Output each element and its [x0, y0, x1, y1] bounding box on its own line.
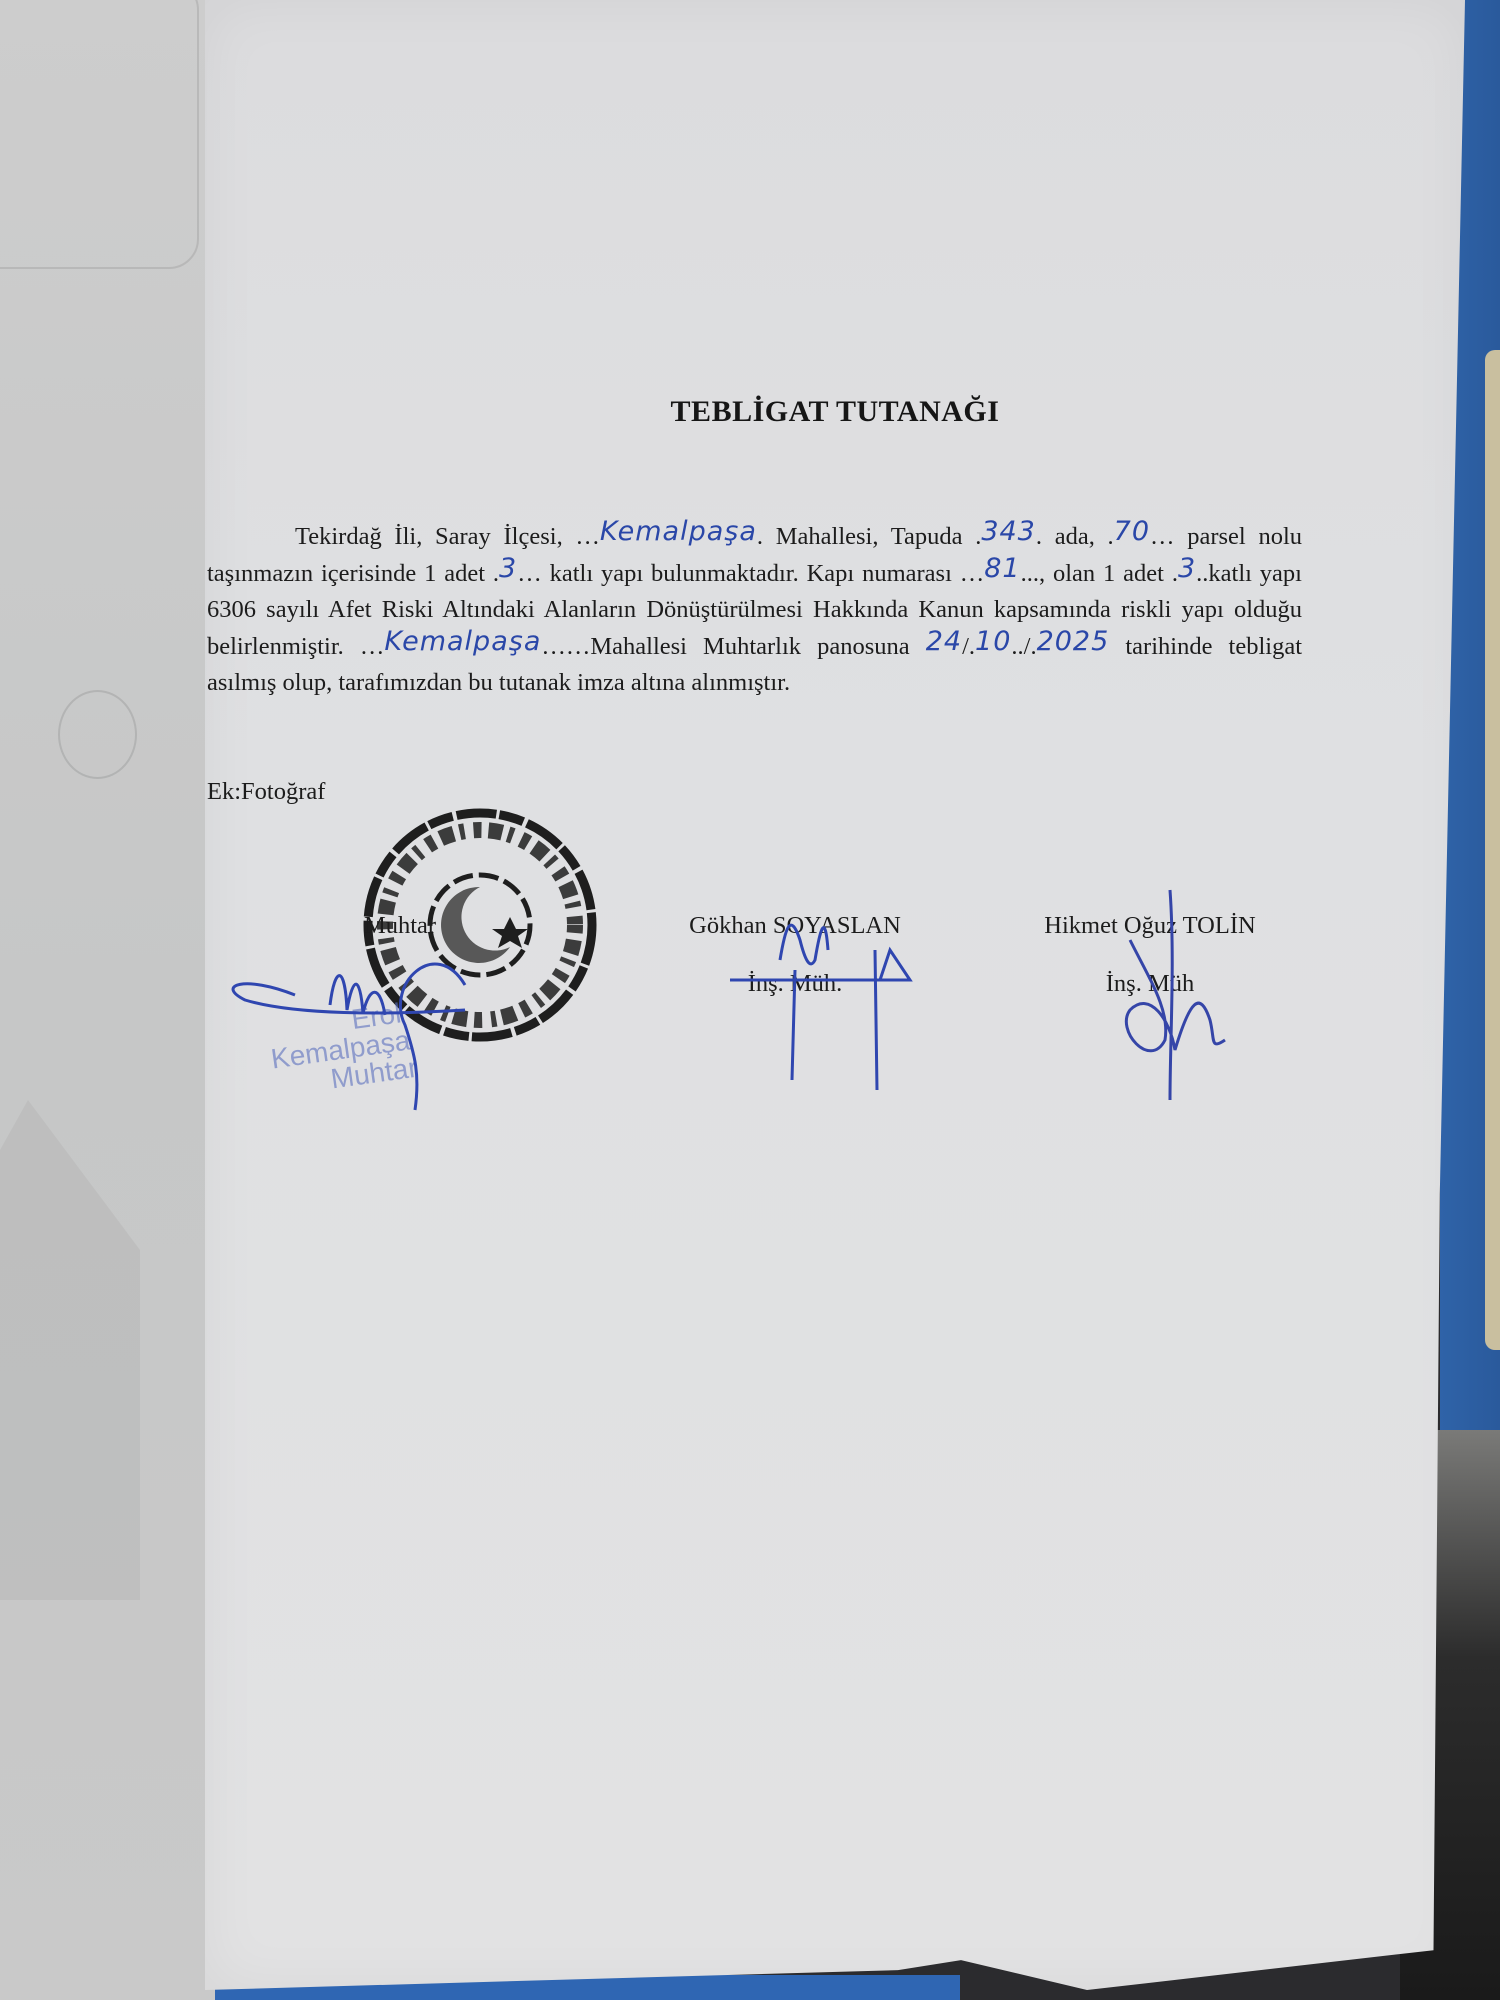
handwritten-neighborhood-2: Kemalpaşa	[384, 626, 541, 657]
body-text-seg: Tekirdağ İli, Saray İlçesi, …	[295, 523, 600, 550]
body-text-seg: /.	[962, 633, 975, 660]
handwritten-floors: 3	[499, 553, 517, 584]
body-text-seg: . ada, .	[1036, 523, 1114, 550]
body-text-seg: . Mahallesi, Tapuda .	[757, 523, 981, 550]
ghost-stamp	[58, 690, 137, 779]
body-text-seg: … katlı yapı bulunmaktadır. Kapı numaras…	[517, 560, 984, 587]
handwritten-date-month: 10	[975, 626, 1011, 657]
handwritten-floors-2: 3	[1178, 553, 1196, 584]
handwritten-ada: 343	[981, 516, 1036, 547]
handwritten-date-day: 24	[926, 626, 962, 657]
back-sheet-photo	[0, 0, 215, 2000]
handwritten-door-number: 81	[984, 553, 1020, 584]
handwritten-parsel: 70	[1114, 516, 1150, 547]
handwritten-date-year: 2025	[1037, 626, 1110, 657]
body-text-seg: ..., olan 1 adet .	[1021, 560, 1178, 587]
document-page: TEBLİGAT TUTANAĞI Tekirdağ İli, Saray İl…	[205, 0, 1465, 1990]
background-beige-object	[1485, 350, 1500, 1350]
ghost-building	[0, 1100, 140, 1600]
engineer-1-signature	[730, 890, 930, 1100]
engineer-2-signature	[1080, 880, 1280, 1110]
body-text-seg: ../.	[1011, 633, 1036, 660]
body-text-seg: ……Mahallesi Muhtarlık panosuna	[541, 633, 925, 660]
document-body: Tekirdağ İli, Saray İlçesi, …Kemalpaşa. …	[207, 518, 1302, 701]
ghost-shape	[0, 0, 199, 269]
body-paragraph: Tekirdağ İli, Saray İlçesi, …Kemalpaşa. …	[207, 518, 1302, 701]
muhtar-signature	[235, 925, 495, 1115]
document-title: TEBLİGAT TUTANAĞI	[580, 395, 1090, 429]
handwritten-neighborhood: Kemalpaşa	[600, 516, 757, 547]
attachment-note: Ek:Fotoğraf	[207, 778, 325, 806]
